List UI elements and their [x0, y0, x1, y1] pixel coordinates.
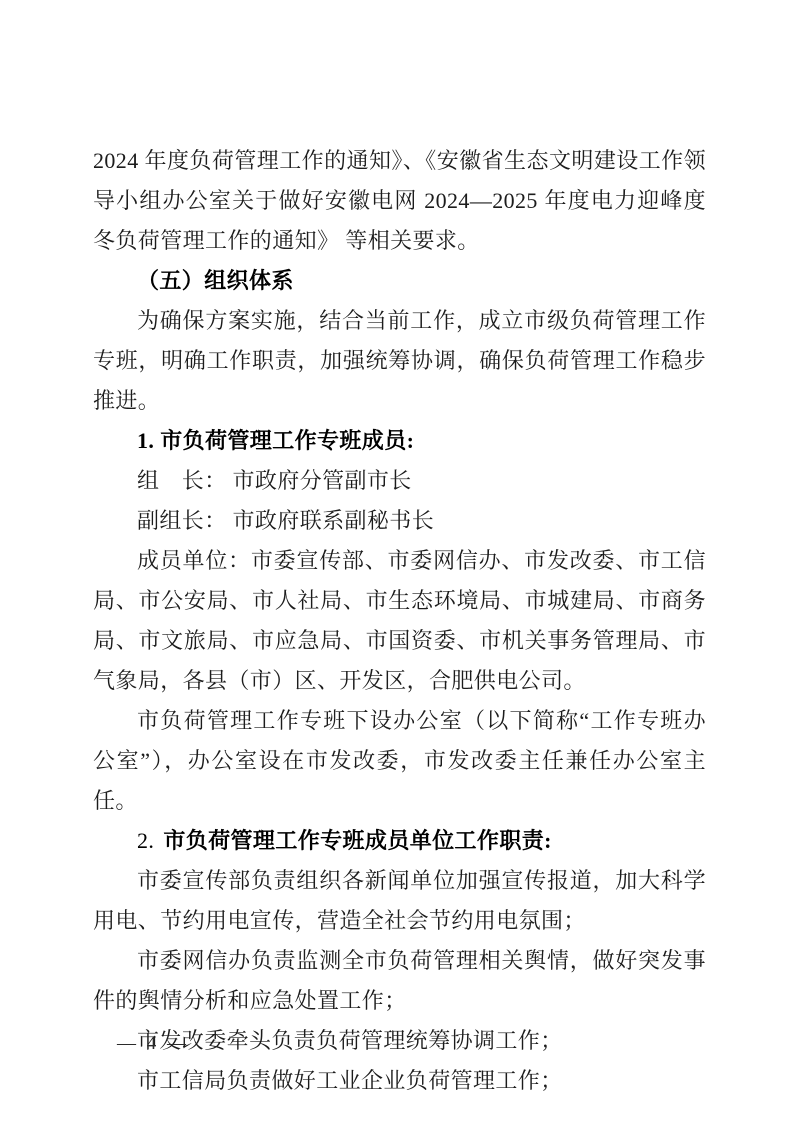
- subheading-label: 市负荷管理工作专班成员单位工作职责:: [163, 828, 552, 853]
- duty-cyberspace-paragraph: 市委网信办负责监测全市负荷管理相关舆情，做好突发事件的舆情分析和应急处置工作；: [93, 941, 706, 1021]
- document-body: 2024 年度负荷管理工作的通知》、《安徽省生态文明建设工作领导小组办公室关于做…: [93, 141, 706, 1101]
- subheading-member-duties: 2.市负荷管理工作专班成员单位工作职责:: [93, 821, 706, 861]
- duty-propaganda-paragraph: 市委宣传部负责组织各新闻单位加强宣传报道，加大科学用电、节约用电宣传，营造全社会…: [93, 861, 706, 941]
- page-number: — 4 —: [117, 1033, 189, 1054]
- page-footer: — 4 —: [117, 1033, 189, 1055]
- taskforce-setup-paragraph: 为确保方案实施，结合当前工作，成立市级负荷管理工作专班，明确工作职责，加强统筹协…: [93, 301, 706, 421]
- leader-line: 组 长： 市政府分管副市长: [93, 461, 706, 501]
- document-page: 2024 年度负荷管理工作的通知》、《安徽省生态文明建设工作领导小组办公室关于做…: [0, 0, 794, 1123]
- member-units-paragraph: 成员单位：市委宣传部、市委网信办、市发改委、市工信局、市公安局、市人社局、市生态…: [93, 541, 706, 701]
- section-heading-organization-system: （五）组织体系: [93, 261, 706, 301]
- subheading-taskforce-members: 1. 市负荷管理工作专班成员:: [93, 421, 706, 461]
- office-setup-paragraph: 市负荷管理工作专班下设办公室（以下简称“工作专班办公室”），办公室设在市发改委，…: [93, 701, 706, 821]
- duty-industry-paragraph: 市工信局负责做好工业企业负荷管理工作；: [93, 1061, 706, 1101]
- subheading-number: 2.: [137, 828, 154, 853]
- deputy-leader-line: 副组长： 市政府联系副秘书长: [93, 501, 706, 541]
- intro-continuation-paragraph: 2024 年度负荷管理工作的通知》、《安徽省生态文明建设工作领导小组办公室关于做…: [93, 141, 706, 261]
